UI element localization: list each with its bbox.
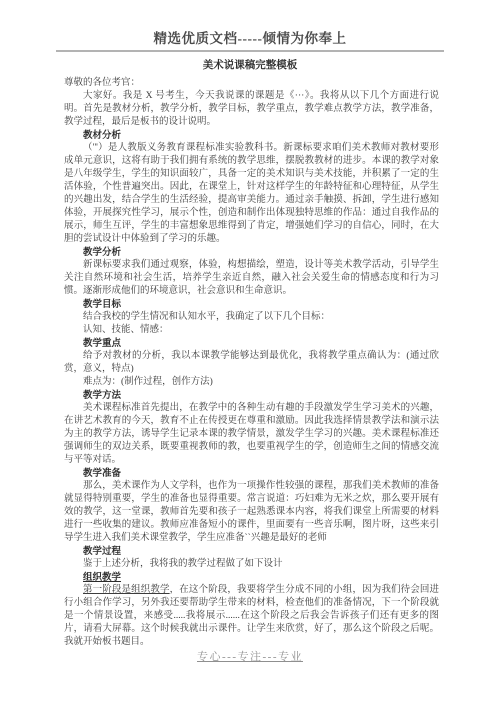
- paragraph: 那么，美术课作为人文学科，也作为一项操作性较强的课程，那我们美术教师的准备就显得…: [64, 480, 439, 545]
- paragraph: 给予对教材的分析，我以本课教学能够达到最优化，我将教学重点确认为：(通过欣赏，意…: [64, 350, 439, 376]
- section-heading: 组织教学: [64, 571, 439, 584]
- footer-slogan: 专心---专注---专业: [197, 651, 303, 663]
- underlined-phrase: 第一阶段是组织教学: [83, 585, 170, 595]
- paragraph: （'''）是人教版义务教育课程标准实验教科书。新课标要求咱们美术教师对教材要形成…: [64, 142, 439, 246]
- paragraph: 新课标要求我们通过观察，体验，构想描绘，塑造，设计等美术教学活动，引导学生关注自…: [64, 259, 439, 298]
- section-heading: 教材分析: [64, 129, 439, 142]
- document-footer: 专心---专注---专业: [0, 648, 500, 664]
- paragraph: 尊敬的各位考官：: [64, 77, 439, 90]
- paragraph: 第一阶段是组织教学，在这个阶段，我要将学生分成不同的小组，因为我们待会回进行小组…: [64, 584, 439, 649]
- paragraph: 鉴于上述分析，我将我的教学过程做了如下设计: [64, 558, 439, 571]
- document-page: 精选优质文档-----倾情为你奉上 美术说课稿完整模板 尊敬的各位考官：大家好。…: [0, 0, 500, 708]
- document-title: 美术说课稿完整模板: [0, 57, 500, 72]
- paragraph: 大家好。我是 X 号考生，今天我说课的课题是《···》。我将从以下几个方面进行说…: [64, 90, 439, 129]
- paragraph: 结合我校的学生情况和认知水平，我确定了以下几个目标：: [64, 311, 439, 324]
- section-heading: 教学分析: [64, 246, 439, 259]
- paragraph: 难点为：(制作过程，创作方法): [64, 376, 439, 389]
- section-heading: 教学准备: [64, 467, 439, 480]
- header-divider-rule: [56, 50, 444, 52]
- document-header-slogan: 精选优质文档-----倾情为你奉上: [0, 0, 500, 47]
- paragraph: 认知、技能、情感：: [64, 324, 439, 337]
- section-heading: 教学目标: [64, 298, 439, 311]
- section-heading: 教学方法: [64, 389, 439, 402]
- paragraph: 美术课程标准首先提出，在教学中的各种生动有趣的手段激发学生学习美术的兴趣，在讲艺…: [64, 402, 439, 467]
- section-heading: 教学过程: [64, 545, 439, 558]
- document-body: 尊敬的各位考官：大家好。我是 X 号考生，今天我说课的课题是《···》。我将从以…: [64, 77, 439, 649]
- section-heading: 教学重点: [64, 337, 439, 350]
